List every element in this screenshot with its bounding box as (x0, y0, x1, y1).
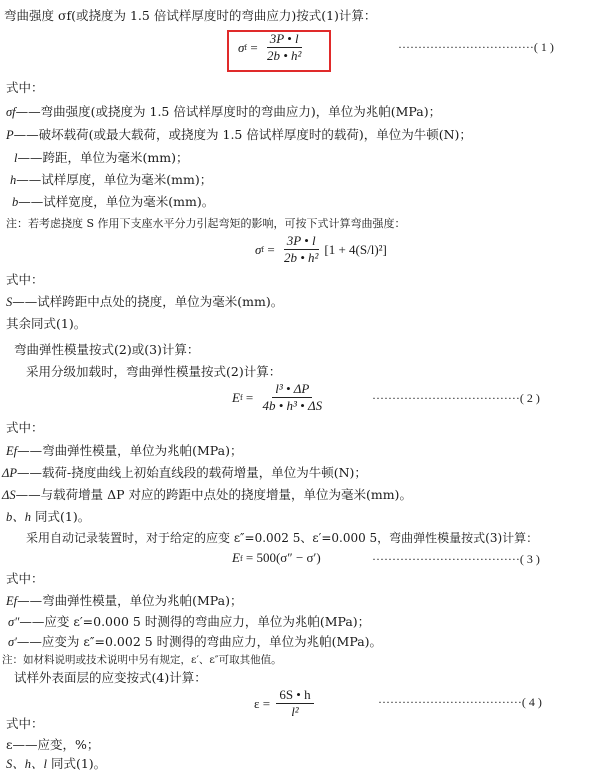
eq1-equals: = (247, 40, 261, 56)
def-symbol: Ef (6, 444, 17, 458)
where-label-3: 式中： (6, 571, 44, 587)
auto-record-intro: 采用自动记录装置时，对于给定的应变 ε″=0.002 5、ε′=0.000 5，… (26, 530, 538, 546)
def-sigma-f: σf——弯曲强度(或挠度为 1.5 倍试样厚度时的弯曲应力)，单位为兆帕(MPa… (6, 104, 441, 120)
where-label-1b: 式中： (6, 272, 44, 288)
def-text: ——弯曲弹性模量，单位为兆帕(MPa)； (17, 593, 242, 608)
def-dP: ΔP——载荷-挠度曲线上初始直线段的载荷增量，单位为牛顿(N)； (2, 465, 367, 481)
def-bh-same: b、h 同式(1)。 (6, 509, 90, 525)
def-text: ——试样厚度，单位为毫米(mm)； (16, 172, 212, 187)
strain-intro: 试样外表面层的应变按式(4)计算： (14, 670, 207, 686)
def-text: 同式(1)。 (31, 509, 90, 524)
rest-same-note: 其余同式(1)。 (6, 316, 86, 332)
stepwise-intro: 采用分级加载时，弯曲弹性模量按式(2)计算： (26, 364, 281, 380)
def-b: b——试样宽度，单位为毫米(mm)。 (12, 194, 214, 210)
def-text: ——弯曲弹性模量，单位为兆帕(MPa)； (17, 443, 242, 458)
def-epsilon: ε——应变，%； (6, 737, 99, 753)
def-symbol: P (6, 128, 14, 142)
def-text: ——试样跨距中点处的挠度，单位为毫米(mm)。 (12, 294, 283, 309)
eq3-lhs: E (232, 550, 240, 566)
where-label-4: 式中： (6, 716, 44, 732)
eq4-fraction: 6S • h l² (276, 688, 313, 719)
def-text: ——应变为 ε″=0.002 5 时测得的弯曲应力，单位为兆帕(MPa)。 (17, 634, 382, 649)
eq1b-equals: = (264, 242, 278, 258)
eq2-lhs: E (232, 390, 240, 406)
def-l: l——跨距，单位为毫米(mm)； (14, 150, 188, 166)
eq1-denominator: 2b • h² (264, 48, 304, 63)
equation-4: ε = 6S • h l² (254, 688, 317, 719)
eq2-equals: = (243, 390, 257, 406)
where-label-2: 式中： (6, 420, 44, 436)
def-text: 同式(1)。 (47, 756, 106, 771)
eq4-equals: = (259, 696, 273, 712)
def-P: P——破坏载荷(或最大载荷，或挠度为 1.5 倍试样厚度时的载荷)，单位为牛顿(… (6, 127, 472, 143)
eq2-tag: ( 2 ) (520, 391, 540, 405)
def-dS: ΔS——与载荷增量 ΔP 对应的跨距中点处的挠度增量，单位为毫米(mm)。 (2, 487, 412, 503)
eq4-denominator: l² (288, 704, 302, 719)
def-symbol: b、h (6, 510, 31, 524)
equation-2: Ef = l³ • ΔP 4b • h³ • ΔS (232, 382, 328, 413)
def-text: ——应变 ε′=0.000 5 时测得的弯曲应力，单位为兆帕(MPa)； (19, 614, 370, 629)
def-text: ——试样宽度，单位为毫米(mm)。 (18, 194, 214, 209)
equation-3: Ef = 500(σ″ − σ′) (232, 550, 321, 566)
def-sigma-prime: σ′——应变为 ε″=0.002 5 时测得的弯曲应力，单位为兆帕(MPa)。 (8, 634, 382, 650)
eq1-tag: ( 1 ) (534, 40, 554, 54)
intro-text: 弯曲强度 σf(或挠度为 1.5 倍试样厚度时的弯曲应力)按式(1)计算： (4, 8, 376, 24)
eq3-leader: ·····································( 3… (372, 552, 540, 567)
eq2-fraction: l³ • ΔP 4b • h³ • ΔS (259, 382, 325, 413)
def-text: ——应变，%； (12, 737, 99, 752)
eq1-numerator: 3P • l (267, 32, 302, 48)
eq2-leader: ·····································( 2… (372, 391, 540, 406)
def-symbol: ΔS (2, 488, 16, 502)
eq4-tag: ( 4 ) (522, 695, 542, 709)
def-Ef: Ef——弯曲弹性模量，单位为兆帕(MPa)； (6, 443, 242, 459)
equation-1: σf = 3P • l 2b • h² (238, 32, 307, 63)
note-2: 注：如材料说明或技术说明中另有规定，ε′、ε″可取其他值。 (2, 652, 282, 668)
def-symbol: σ′ (8, 635, 17, 649)
where-label-1: 式中： (6, 80, 44, 96)
def-symbol: σf (6, 105, 16, 119)
modulus-intro: 弯曲弹性模量按式(2)或(3)计算： (14, 342, 199, 358)
def-text: ——跨距，单位为毫米(mm)； (17, 150, 188, 165)
def-text: ——载荷-挠度曲线上初始直线段的载荷增量，单位为牛顿(N)； (17, 465, 367, 480)
eq3-tag: ( 3 ) (520, 552, 540, 566)
equation-1b: σf = 3P • l 2b • h² [1 + 4(S/l)²] (255, 234, 387, 265)
def-symbol: ΔP (2, 466, 17, 480)
def-symbol: σ″ (8, 615, 19, 629)
def-S: S——试样跨距中点处的挠度，单位为毫米(mm)。 (6, 294, 283, 310)
eq1b-numerator: 3P • l (284, 234, 319, 250)
eq1b-denominator: 2b • h² (281, 250, 321, 265)
def-Shl-same: S、h、l 同式(1)。 (6, 756, 106, 772)
eq4-leader: ····································( 4 … (378, 695, 542, 710)
eq2-denominator: 4b • h³ • ΔS (259, 398, 325, 413)
def-text: ——与载荷增量 ΔP 对应的跨距中点处的挠度增量，单位为毫米(mm)。 (16, 487, 412, 502)
def-symbol: Ef (6, 594, 17, 608)
note-1: 注：若考虑挠度 S 作用下支座水平分力引起弯矩的影响，可按下式计算弯曲强度： (6, 216, 406, 232)
eq1-fraction: 3P • l 2b • h² (264, 32, 304, 63)
def-text: ——破坏载荷(或最大载荷，或挠度为 1.5 倍试样厚度时的载荷)，单位为牛顿(N… (14, 127, 472, 142)
eq1b-fraction: 3P • l 2b • h² (281, 234, 321, 265)
def-sigma-double-prime: σ″——应变 ε′=0.000 5 时测得的弯曲应力，单位为兆帕(MPa)； (8, 614, 370, 630)
def-symbol: S、h、l (6, 757, 47, 771)
def-Ef-2: Ef——弯曲弹性模量，单位为兆帕(MPa)； (6, 593, 242, 609)
def-text: ——弯曲强度(或挠度为 1.5 倍试样厚度时的弯曲应力)，单位为兆帕(MPa)； (16, 104, 441, 119)
eq1b-bracket-term: [1 + 4(S/l)²] (324, 242, 387, 258)
eq2-numerator: l³ • ΔP (272, 382, 312, 398)
eq1-leader: ··································( 1 ) (398, 40, 554, 55)
eq3-rhs: = 500(σ″ − σ′) (243, 550, 321, 566)
eq4-numerator: 6S • h (276, 688, 313, 704)
def-h: h——试样厚度，单位为毫米(mm)； (10, 172, 212, 188)
